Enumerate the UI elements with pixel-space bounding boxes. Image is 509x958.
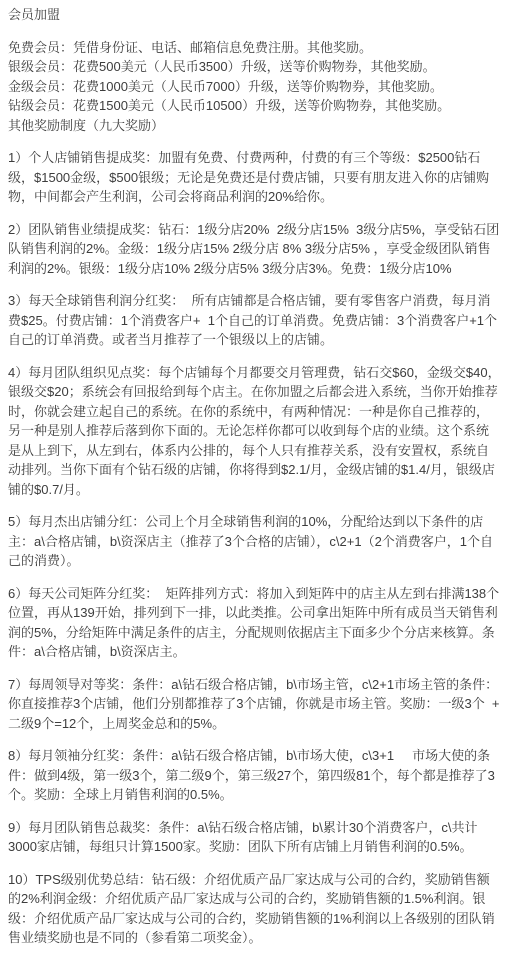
reward-paragraph-1: 1）个人店铺销售提成奖：加盟有免费、付费两种，付费的有三个等级：$2500钻石级… (8, 148, 501, 207)
reward-paragraph-5: 5）每月杰出店铺分红：公司上个月全球销售利润的10%，分配给达到以下条件的店主：… (8, 512, 501, 571)
membership-level-gold: 金级会员：花费1000美元（人民币7000）升级，送等价购物券，其他奖励。 (8, 77, 501, 97)
reward-paragraph-6: 6）每天公司矩阵分红奖： 矩阵排列方式：将加入到矩阵中的店主从左到右排满138个… (8, 584, 501, 662)
membership-levels: 免费会员：凭借身份证、电话、邮箱信息免费注册。其他奖励。 银级会员：花费500美… (8, 38, 501, 136)
reward-paragraph-9: 9）每月团队销售总裁奖：条件：a\钻石级合格店铺，b\累计30个消费客户，c\共… (8, 818, 501, 857)
page-title: 会员加盟 (8, 5, 501, 25)
reward-paragraph-4: 4）每月团队组织见点奖：每个店铺每个月都要交月管理费，钻石交$60，金级交$40… (8, 363, 501, 500)
document-body: 会员加盟 免费会员：凭借身份证、电话、邮箱信息免费注册。其他奖励。 银级会员：花… (0, 0, 509, 958)
membership-level-free: 免费会员：凭借身份证、电话、邮箱信息免费注册。其他奖励。 (8, 38, 501, 58)
reward-paragraph-7: 7）每周领导对等奖：条件：a\钻石级合格店铺，b\市场主管，c\2+1市场主管的… (8, 675, 501, 734)
reward-paragraph-3: 3）每天全球销售利润分红奖： 所有店铺都是合格店铺，要有零售客户消费，每月消费$… (8, 291, 501, 350)
rewards-system-heading: 其他奖励制度（九大奖励） (8, 116, 501, 136)
membership-level-diamond: 钻级会员：花费1500美元（人民币10500）升级，送等价购物券，其他奖励。 (8, 96, 501, 116)
reward-paragraph-8: 8）每月领袖分红奖：条件：a\钻石级合格店铺，b\市场大使，c\3+1 市场大使… (8, 746, 501, 805)
membership-level-silver: 银级会员：花费500美元（人民币3500）升级，送等价购物券，其他奖励。 (8, 57, 501, 77)
reward-paragraph-2: 2）团队销售业绩提成奖：钻石：1级分店20% 2级分店15% 3级分店5%，享受… (8, 220, 501, 279)
reward-paragraph-10: 10）TPS级别优势总结：钻石级：介绍优质产品厂家达成与公司的合约，奖励销售额的… (8, 870, 501, 948)
